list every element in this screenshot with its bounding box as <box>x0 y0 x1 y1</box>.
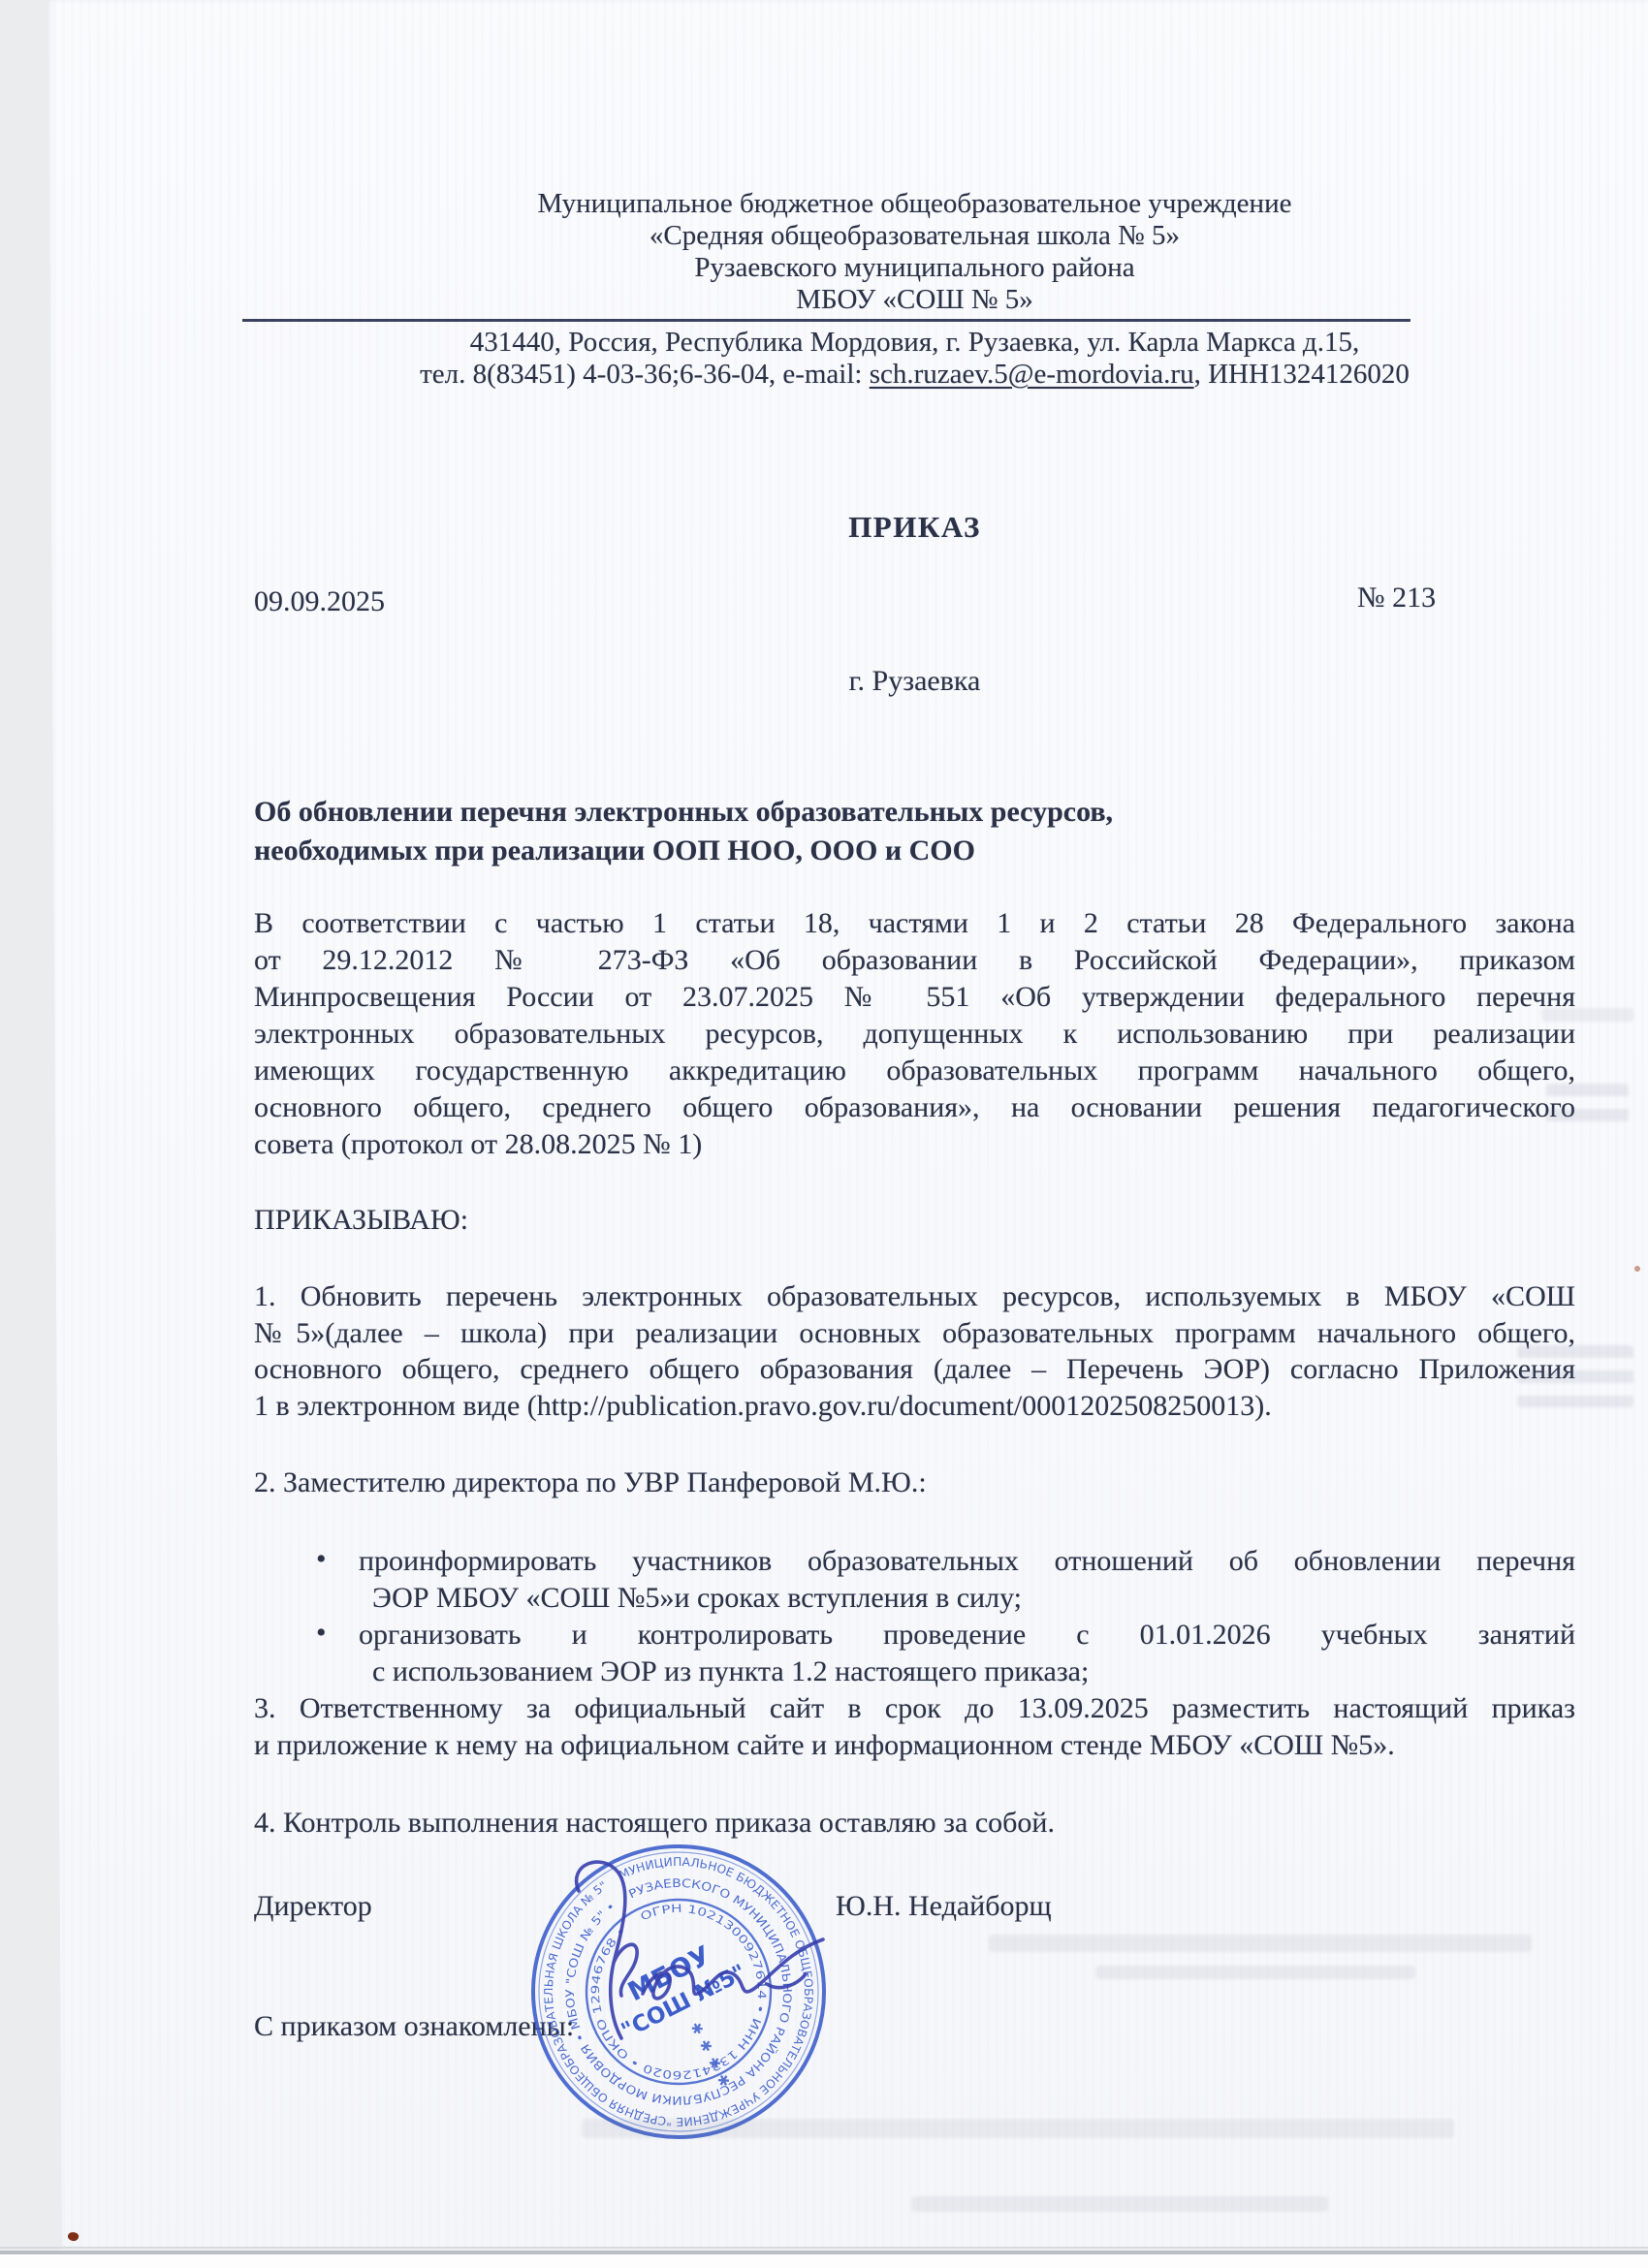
bullet-text: проинформировать участников образователь… <box>359 1543 1575 1617</box>
order-item-4: 4. Контроль выполнения настоящего приказ… <box>254 1807 1575 1840</box>
text-line: организовать и контролировать проведение… <box>359 1617 1575 1654</box>
text-line: и приложение к нему на официальном сайте… <box>254 1727 1575 1764</box>
order-item-2-bullets: • проинформировать участников образовате… <box>254 1543 1575 1690</box>
contact-prefix: тел. 8(83451) 4-03-36;6-36-04, e-mail: <box>420 359 870 390</box>
order-preamble: В соответствии с частью 1 статьи 18, час… <box>254 905 1575 1163</box>
scan-bottom-margin <box>0 2254 1648 2268</box>
text-line: МБОУ «СОШ № 5» <box>254 284 1575 316</box>
org-address-line: 431440, Россия, Республика Мордовия, г. … <box>254 327 1575 359</box>
text-line: Минпросвещения России от 23.07.2025 № 55… <box>254 979 1575 1016</box>
bullet-item: • проинформировать участников образовате… <box>254 1543 1575 1617</box>
bullet-marker-icon: • <box>316 1617 327 1650</box>
bleed-through-artifact <box>1095 1966 1415 1979</box>
text-line: 3. Ответственному за официальный сайт в … <box>254 1690 1575 1727</box>
ink-speck-artifact <box>1634 1266 1640 1272</box>
scanned-order-document: Муниципальное бюджетное общеобразователь… <box>0 0 1648 2268</box>
org-letterhead: Муниципальное бюджетное общеобразователь… <box>254 188 1575 316</box>
text-line: совета (протокол от 28.08.2025 № 1) <box>254 1126 1575 1163</box>
text-line: №5»(далее – школа) при реализации основн… <box>254 1315 1575 1352</box>
text-line: электронных образовательных ресурсов, до… <box>254 1016 1575 1053</box>
text-line: от 29.12.2012 № 273-ФЗ «Об образовании в… <box>254 942 1575 979</box>
text-line: основного общего, среднего общего образо… <box>254 1351 1575 1388</box>
text-line: 1. Обновить перечень электронных образов… <box>254 1278 1575 1315</box>
signer-name: Ю.Н. Недайборщ <box>836 1890 1052 1923</box>
text-line: Рузаевского муниципального района <box>254 252 1575 284</box>
director-signature-icon <box>528 1846 848 2069</box>
bleed-through-artifact <box>1541 1008 1633 1022</box>
text-line: основного общего, среднего общего образо… <box>254 1089 1575 1126</box>
signature-row: Директор Ю.Н. Недайборщ <box>254 1890 1575 1933</box>
bleed-through-artifact <box>1517 1345 1633 1407</box>
paper-bottom-edge <box>0 2247 1648 2249</box>
org-contact-line: тел. 8(83451) 4-03-36;6-36-04, e-mail: s… <box>254 359 1575 391</box>
text-line: ЭОР МБОУ «СОШ №5»и сроках вступления в с… <box>359 1580 1575 1617</box>
bleed-through-artifact <box>989 1935 1532 1952</box>
text-line: Об обновлении перечня электронных образо… <box>254 793 1575 832</box>
resolution-word: ПРИКАЗЫВАЮ: <box>254 1204 1575 1237</box>
order-item-3: 3. Ответственному за официальный сайт в … <box>254 1690 1575 1764</box>
text-line: имеющих государственную аккредитацию обр… <box>254 1053 1575 1089</box>
order-date: 09.09.2025 <box>254 585 385 618</box>
contact-suffix: , ИНН1324126020 <box>1194 359 1410 390</box>
order-item-1: 1. Обновить перечень электронных образов… <box>254 1278 1575 1424</box>
order-place: г. Рузаевка <box>254 665 1575 698</box>
order-meta-row: 09.09.2025 № 213 <box>254 585 1575 624</box>
bleed-through-artifact <box>1546 1084 1629 1132</box>
text-line: 1 в электронном виде (http://publication… <box>254 1388 1575 1425</box>
bleed-through-artifact <box>911 2196 1328 2212</box>
text-line: проинформировать участников образователь… <box>359 1543 1575 1580</box>
bullet-marker-icon: • <box>316 1543 327 1576</box>
text-line: В соответствии с частью 1 статьи 18, час… <box>254 905 1575 942</box>
acknowledgement-line: С приказом ознакомлены: <box>254 2010 1575 2043</box>
bullet-text: организовать и контролировать проведение… <box>359 1617 1575 1690</box>
org-address-block: 431440, Россия, Республика Мордовия, г. … <box>254 327 1575 391</box>
doc-type-heading: ПРИКАЗ <box>254 510 1575 545</box>
text-line: «Средняя общеобразовательная школа № 5» <box>254 220 1575 252</box>
order-number: № 213 <box>1357 582 1436 614</box>
text-line: Муниципальное бюджетное общеобразователь… <box>254 188 1575 220</box>
text-line: с использованием ЭОР из пункта 1.2 насто… <box>359 1654 1575 1690</box>
signer-role: Директор <box>254 1890 372 1922</box>
order-item-2-heading: 2. Заместителю директора по УВР Панферов… <box>254 1466 1575 1499</box>
bullet-item: • организовать и контролировать проведен… <box>254 1617 1575 1690</box>
org-email: sch.ruzaev.5@e-mordovia.ru <box>870 359 1194 390</box>
bleed-through-artifact <box>582 2119 1454 2138</box>
order-subject-title: Об обновлении перечня электронных образо… <box>254 793 1575 870</box>
text-line: необходимых при реализации ООП НОО, ООО … <box>254 832 1575 870</box>
